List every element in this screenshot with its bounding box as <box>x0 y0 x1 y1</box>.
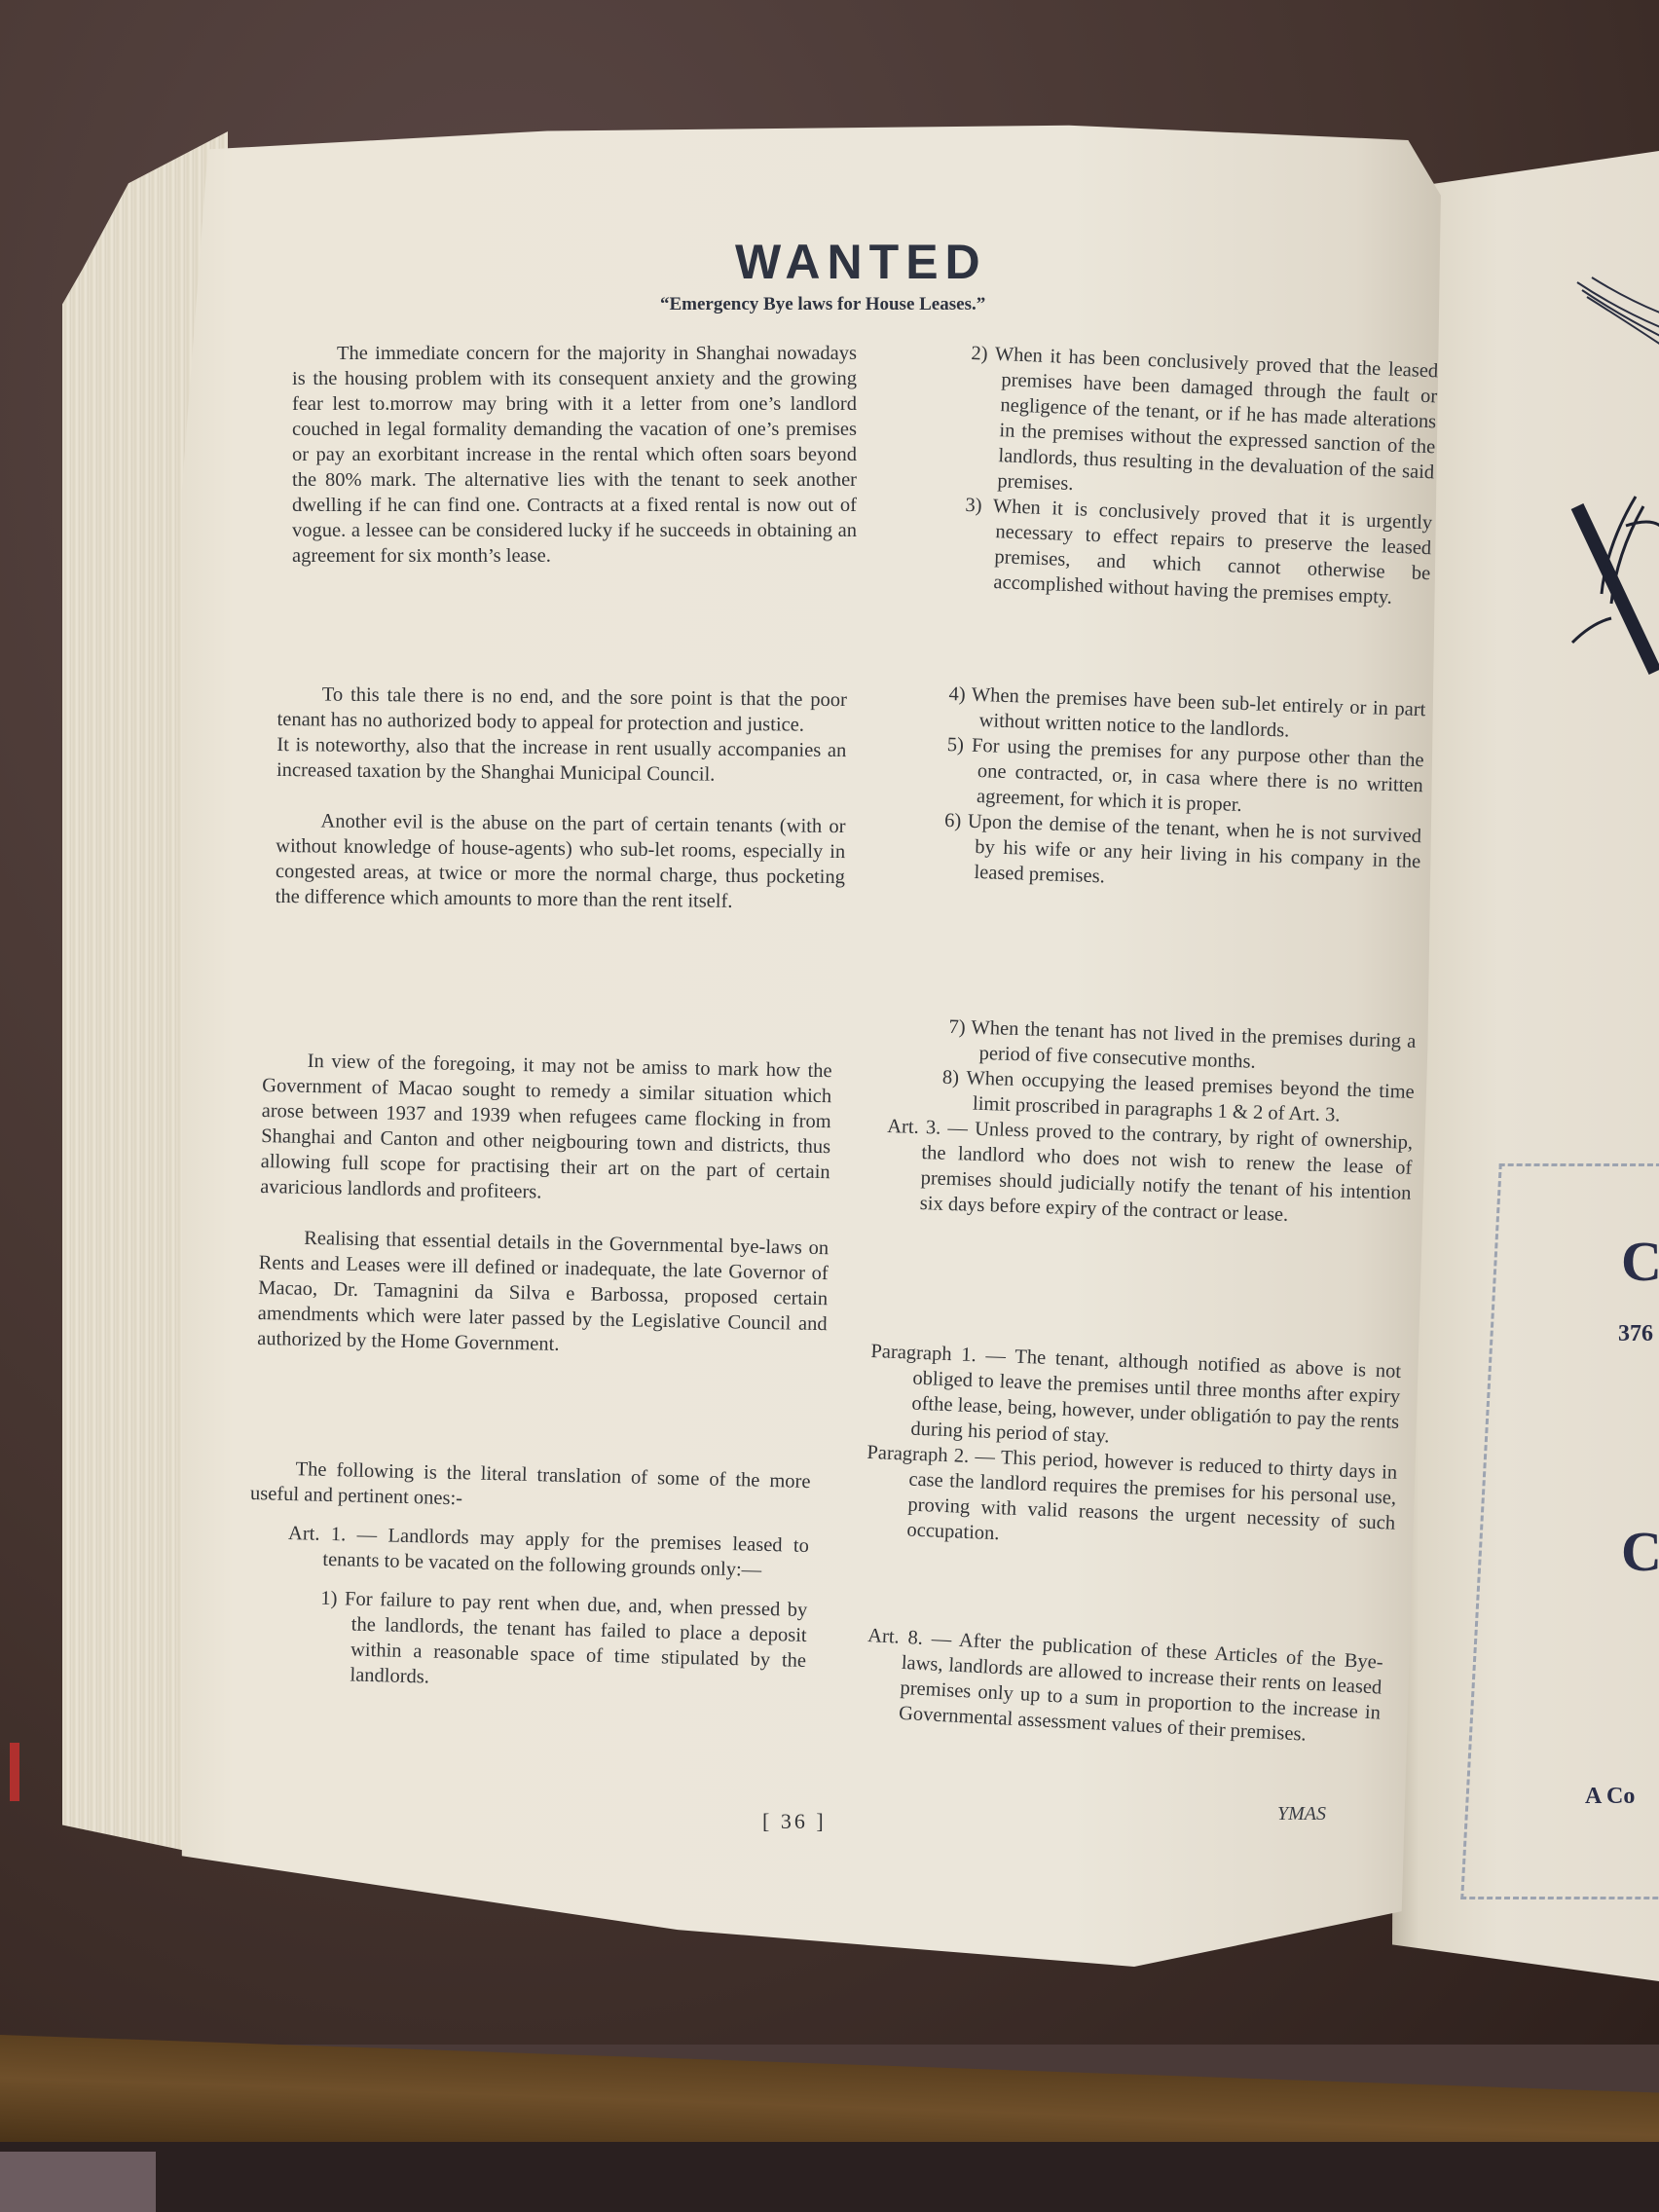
list-item: 1) For failure to pay rent when due, and… <box>318 1586 807 1699</box>
floor-carpet <box>0 2152 156 2212</box>
right-column-section-3: 7) When the tenant has not lived in the … <box>884 1013 1416 1232</box>
pen-brush-illustration-icon <box>1567 487 1659 682</box>
paragraph: Another evil is the abuse on the part of… <box>276 808 846 915</box>
ad-bottom-fragment: A Co <box>1585 1784 1635 1810</box>
left-column-section-2: To this tale there is no end, and the so… <box>276 682 847 915</box>
list-item: 2) When it has been conclusively proved … <box>966 341 1439 510</box>
right-column-section-4: Paragraph 1. — The tenant, although noti… <box>864 1339 1402 1562</box>
paragraph: It is noteworthy, also that the increase… <box>276 732 847 789</box>
list-item: 6) Upon the demise of the tenant, when h… <box>942 808 1421 900</box>
ad-heading-letter-2: C <box>1621 1519 1659 1584</box>
ad-address-fragment: 376 <box>1618 1321 1653 1347</box>
brush-illustration-icon <box>1572 273 1659 389</box>
paragraph: To this tale there is no end, and the so… <box>276 682 847 738</box>
right-column-section-2: 4) When the premises have been sub-let e… <box>942 682 1426 900</box>
page-subtitle: “Emergency Bye laws for House Leases.” <box>660 294 985 315</box>
page-title: WANTED <box>735 234 987 290</box>
right-column-section-1: 2) When it has been conclusively proved … <box>962 341 1439 611</box>
paragraph: The immediate concern for the majority i… <box>292 341 857 569</box>
paragraph: Realising that essential details in the … <box>257 1225 829 1362</box>
left-column-section-1: The immediate concern for the majority i… <box>292 341 857 569</box>
ad-heading-letter: C <box>1621 1229 1659 1294</box>
book-red-edge <box>10 1743 19 1801</box>
page-number: [ 36 ] <box>762 1809 827 1834</box>
paragraph-2: Paragraph 2. — This period, however is r… <box>864 1440 1398 1562</box>
left-column-section-3: In view of the foregoing, it may not be … <box>257 1048 832 1362</box>
author-signature: YMAS <box>1277 1803 1326 1825</box>
left-column-section-4: The following is the literal translation… <box>245 1456 811 1699</box>
article-3: Art. 3. — Unless proved to the contrary,… <box>884 1114 1413 1232</box>
list-item: 3) When it is conclusively proved that i… <box>962 493 1433 611</box>
floor <box>0 2142 1659 2212</box>
paragraph: In view of the foregoing, it may not be … <box>260 1048 832 1210</box>
